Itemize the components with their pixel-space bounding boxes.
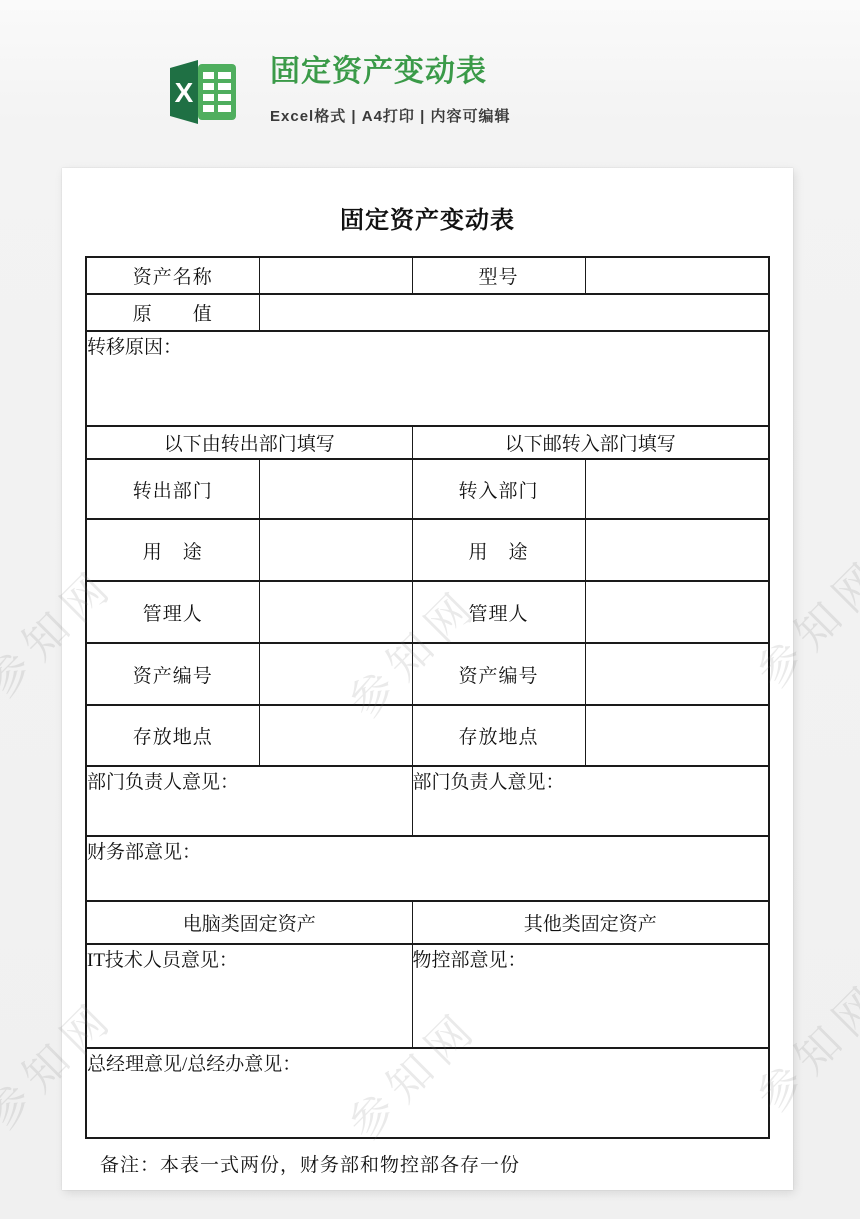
- out-dept-value-cell: [259, 459, 412, 519]
- page-subtitle: Excel格式 | A4打印 | 内容可编辑: [270, 105, 510, 126]
- in-usage-label: 用 途: [412, 519, 585, 581]
- page-title: 固定资产变动表: [270, 56, 510, 88]
- in-dept-value-cell: [585, 459, 769, 519]
- table-row: IT技术人员意见： 物控部意见：: [86, 944, 769, 1048]
- out-manager-value-cell: [259, 581, 412, 643]
- material-control-opinion-cell: 物控部意见：: [412, 944, 769, 1048]
- header-text-block: 固定资产变动表 Excel格式 | A4打印 | 内容可编辑: [270, 56, 510, 126]
- table-row: 用 途 用 途: [86, 519, 769, 581]
- out-location-value-cell: [259, 705, 412, 766]
- category-other-header: 其他类固定资产: [412, 901, 769, 944]
- table-row: 原 值: [86, 294, 769, 331]
- svg-text:X: X: [175, 77, 194, 108]
- table-row: 管理人 管理人: [86, 581, 769, 643]
- table-row: 资产名称 型号: [86, 257, 769, 294]
- dept-head-opinion-in-cell: 部门负责人意见：: [412, 766, 769, 836]
- in-location-value-cell: [585, 705, 769, 766]
- footnote: 备注：本表一式两份，财务部和物控部各存一份: [100, 1150, 520, 1177]
- in-location-label: 存放地点: [412, 705, 585, 766]
- in-asset-no-value-cell: [585, 643, 769, 705]
- dept-head-opinion-out-cell: 部门负责人意见：: [86, 766, 412, 836]
- table-row: 财务部意见：: [86, 836, 769, 901]
- out-manager-label: 管理人: [86, 581, 259, 643]
- table-row: 资产编号 资产编号: [86, 643, 769, 705]
- it-opinion-cell: IT技术人员意见：: [86, 944, 412, 1048]
- table-row: 存放地点 存放地点: [86, 705, 769, 766]
- out-dept-label: 转出部门: [86, 459, 259, 519]
- in-manager-value-cell: [585, 581, 769, 643]
- finance-opinion-cell: 财务部意见：: [86, 836, 769, 901]
- screenshot-stage: X 固定资产变动表 Excel格式 | A4打印 | 内容可编辑 固定资产变动表…: [0, 0, 860, 1219]
- table-row: 部门负责人意见： 部门负责人意见：: [86, 766, 769, 836]
- asset-name-label: 资产名称: [86, 257, 259, 294]
- asset-change-table: 资产名称 型号 原 值 转移原因： 以下由转出部门填写 以下邮转入部门填写 转出…: [85, 256, 770, 1139]
- in-manager-label: 管理人: [412, 581, 585, 643]
- in-dept-label: 转入部门: [412, 459, 585, 519]
- out-location-label: 存放地点: [86, 705, 259, 766]
- table-row: 以下由转出部门填写 以下邮转入部门填写: [86, 426, 769, 459]
- in-asset-no-label: 资产编号: [412, 643, 585, 705]
- table-row: 转移原因：: [86, 331, 769, 426]
- gm-opinion-cell: 总经理意见/总经办意见：: [86, 1048, 769, 1138]
- table-row: 电脑类固定资产 其他类固定资产: [86, 901, 769, 944]
- category-computer-header: 电脑类固定资产: [86, 901, 412, 944]
- excel-icon: X: [170, 59, 238, 125]
- model-value-cell: [585, 257, 769, 294]
- original-value-cell: [259, 294, 769, 331]
- out-asset-no-label: 资产编号: [86, 643, 259, 705]
- asset-name-value-cell: [259, 257, 412, 294]
- model-label: 型号: [412, 257, 585, 294]
- form-title: 固定资产变动表: [62, 200, 793, 235]
- section-header-in: 以下邮转入部门填写: [412, 426, 769, 459]
- transfer-reason-cell: 转移原因：: [86, 331, 769, 426]
- table-row: 总经理意见/总经办意见：: [86, 1048, 769, 1138]
- in-usage-value-cell: [585, 519, 769, 581]
- original-value-label: 原 值: [86, 294, 259, 331]
- out-asset-no-value-cell: [259, 643, 412, 705]
- out-usage-label: 用 途: [86, 519, 259, 581]
- table-row: 转出部门 转入部门: [86, 459, 769, 519]
- document-page: 固定资产变动表 资产名称 型号 原 值 转移原因： 以下由转出部门填写 以下邮转…: [62, 168, 793, 1190]
- section-header-out: 以下由转出部门填写: [86, 426, 412, 459]
- out-usage-value-cell: [259, 519, 412, 581]
